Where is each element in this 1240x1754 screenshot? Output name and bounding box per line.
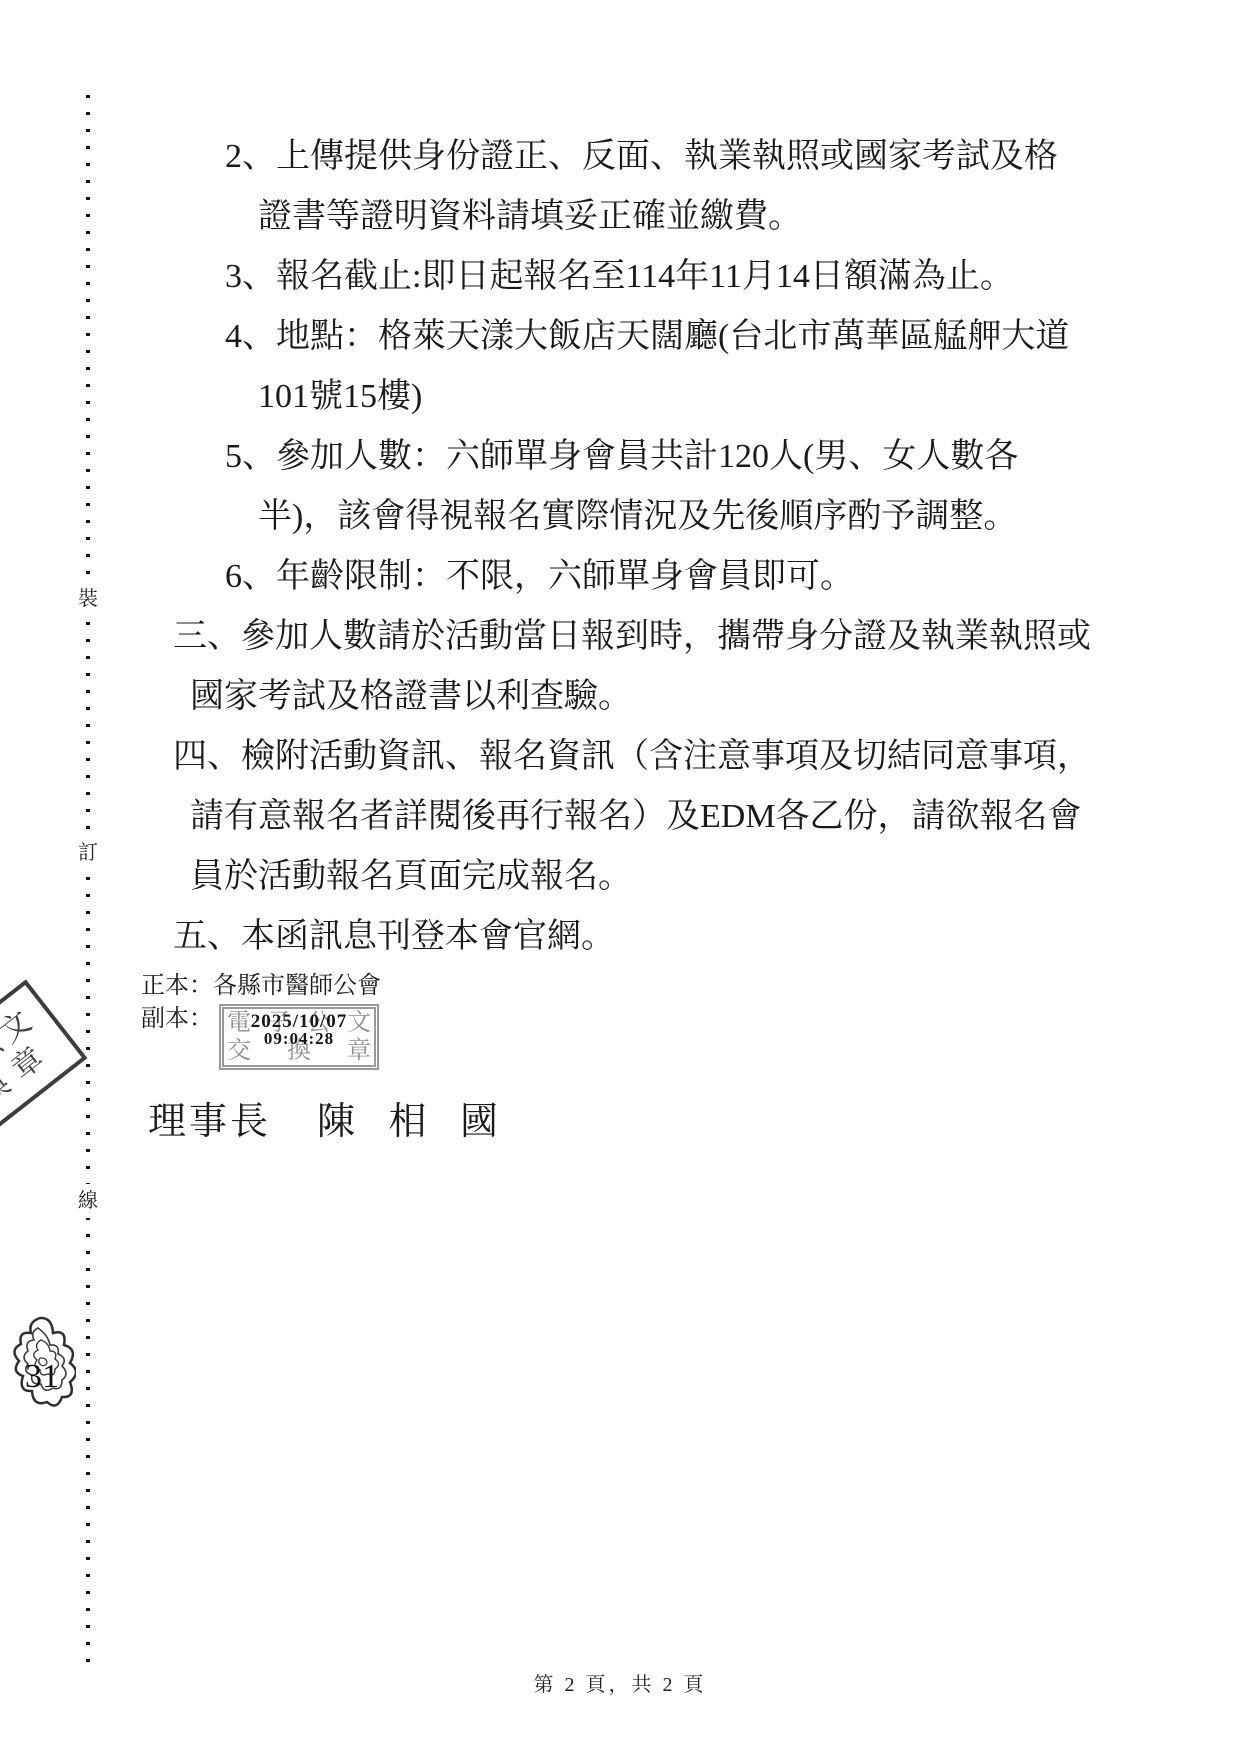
page-footer: 第 2 頁，共 2 頁 [0, 1668, 1240, 1697]
major-item-5-label: 五、 [173, 918, 241, 955]
major-item-3-line1: 三、參加人數請於活動當日報到時，攜帶身分證及執業執照或 [0, 607, 1240, 667]
exchange-stamp-time: 09:04:28 [224, 1029, 374, 1049]
electronic-exchange-stamp: 電 子 公 文 交 換 章 2025/10/07 09:04:28 [219, 1004, 379, 1070]
major-item-3-text: 參加人數請於活動當日報到時，攜帶身分證及執業執照或 [241, 618, 1091, 655]
list-item-6-line1: 6、年齡限制：不限，六師單身會員即可。 [0, 547, 1240, 607]
list-item-4-line2: 101號15樓) [0, 367, 1240, 427]
signature-title: 理事長 [148, 1101, 271, 1143]
signature-block: 理事長陳 相 國 [148, 1090, 510, 1145]
blob-seal-number: 31 [25, 1358, 59, 1395]
original-recipient-row: 正本：各縣市醫師公會 [141, 970, 381, 1003]
major-item-4-line1: 四、檢附活動資訊、報名資訊（含注意事項及切結同意事項， [0, 727, 1240, 787]
major-item-4-label: 四、 [173, 738, 241, 775]
major-item-5-text: 本函訊息刊登本會官網。 [241, 918, 615, 955]
major-item-4-text: 檢附活動資訊、報名資訊（含注意事項及切結同意事項， [241, 738, 1091, 775]
list-item-4-label: 4、 [225, 318, 276, 355]
list-item-4-text: 地點：格萊天漾大飯店天闊廳(台北市萬華區艋舺大道 [276, 318, 1069, 355]
major-item-3-label: 三、 [173, 618, 241, 655]
document-page: { "page": { "footer": "第 2 頁，共 2 頁" }, "… [0, 0, 1240, 1754]
list-item-3-text: 報名截止:即日起報名至114年11月14日額滿為止。 [276, 258, 1014, 295]
blob-seal-stamp: 31 [10, 1314, 76, 1432]
major-item-5-line1: 五、本函訊息刊登本會官網。 [0, 907, 1240, 967]
margin-label-thread: 線 [76, 1184, 100, 1218]
signature-name: 陳 相 國 [317, 1101, 510, 1143]
copy-recipient-label: 副本： [141, 1006, 213, 1032]
list-item-4-line1: 4、地點：格萊天漾大飯店天闊廳(台北市萬華區艋舺大道 [0, 307, 1240, 367]
list-item-5-text: 參加人數：六師單身會員共計120人(男、女人數各 [276, 438, 1018, 475]
list-item-2-line2: 證書等證明資料請填妥正確並繳費。 [0, 187, 1240, 247]
list-item-3-label: 3、 [225, 258, 276, 295]
list-item-5-label: 5、 [225, 438, 276, 475]
list-item-5-line2: 半)，該會得視報名實際情況及先後順序酌予調整。 [0, 487, 1240, 547]
list-item-2-label: 2、 [225, 138, 276, 175]
original-recipient-label: 正本： [141, 973, 213, 999]
tilted-edge-stamp: 電子公文 交換章 [0, 979, 87, 1164]
list-item-6-text: 年齡限制：不限，六師單身會員即可。 [276, 558, 854, 595]
list-item-6-label: 6、 [225, 558, 276, 595]
blob-seal-graphic: 31 [10, 1314, 76, 1432]
major-item-3-line2: 國家考試及格證書以利查驗。 [0, 667, 1240, 727]
list-item-3-line1: 3、報名截止:即日起報名至114年11月14日額滿為止。 [0, 247, 1240, 307]
list-item-2-line1: 2、上傳提供身份證正、反面、執業執照或國家考試及格 [0, 127, 1240, 187]
list-item-2-text: 上傳提供身份證正、反面、執業執照或國家考試及格 [276, 138, 1058, 175]
list-item-5-line1: 5、參加人數：六師單身會員共計120人(男、女人數各 [0, 427, 1240, 487]
original-recipient-value: 各縣市醫師公會 [213, 973, 381, 999]
major-item-4-line3: 員於活動報名頁面完成報名。 [0, 847, 1240, 907]
document-body: 2、上傳提供身份證正、反面、執業執照或國家考試及格 證書等證明資料請填妥正確並繳… [0, 127, 1240, 967]
major-item-4-line2: 請有意報名者詳閱後再行報名）及EDM各乙份，請欲報名會 [0, 787, 1240, 847]
